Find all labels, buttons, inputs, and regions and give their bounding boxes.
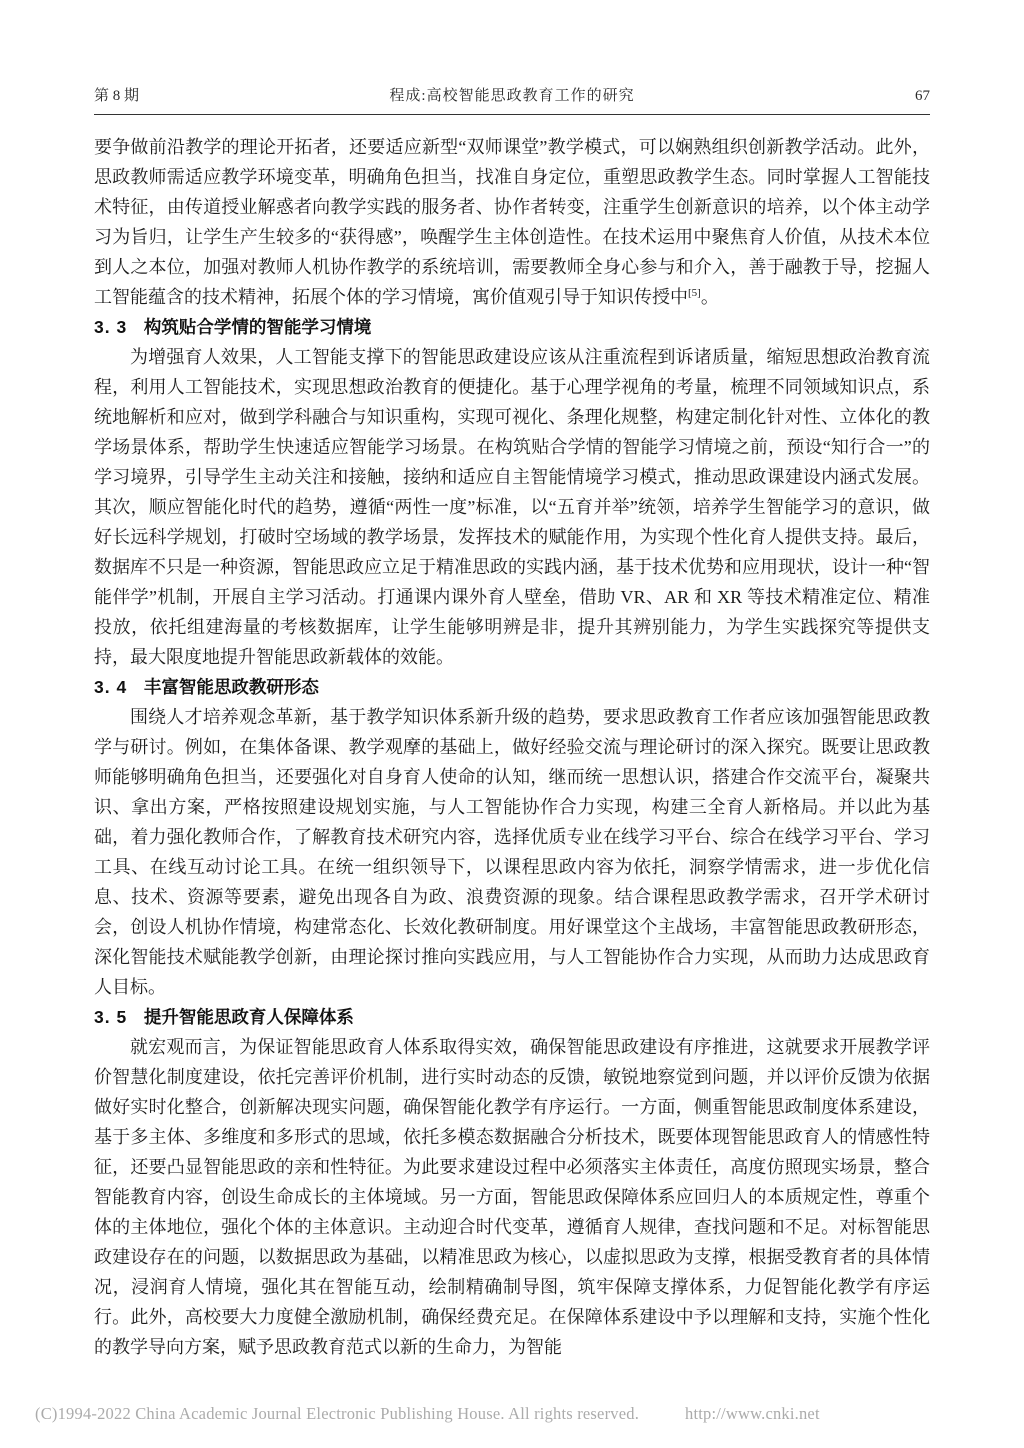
copyright-notice: (C)1994-2022 China Academic Journal Elec… bbox=[35, 1404, 639, 1424]
cnki-url: http://www.cnki.net bbox=[685, 1404, 820, 1424]
section-number: 3. 4 bbox=[94, 677, 127, 697]
section-title: 丰富智能思政教研形态 bbox=[144, 677, 319, 697]
section-number: 3. 5 bbox=[94, 1007, 127, 1027]
section-paragraph-3-3: 为增强育人效果，人工智能支撑下的智能思政建设应该从注重流程到诉诸质量，缩短思想政… bbox=[94, 342, 930, 672]
intro-paragraph: 要争做前沿教学的理论开拓者，还要适应新型“双师课堂”教学模式，可以娴熟组织创新教… bbox=[94, 132, 930, 312]
intro-paragraph-text: 要争做前沿教学的理论开拓者，还要适应新型“双师课堂”教学模式，可以娴熟组织创新教… bbox=[94, 137, 930, 307]
page-number: 67 bbox=[810, 88, 930, 105]
journal-page: 第 8 期 程成:高校智能思政教育工作的研究 67 要争做前沿教学的理论开拓者，… bbox=[0, 0, 1024, 1448]
article-body: 要争做前沿教学的理论开拓者，还要适应新型“双师课堂”教学模式，可以娴熟组织创新教… bbox=[0, 115, 1024, 1362]
running-title: 程成:高校智能思政教育工作的研究 bbox=[214, 84, 810, 105]
section-title: 构筑贴合学情的智能学习情境 bbox=[144, 317, 372, 337]
section-number: 3. 3 bbox=[94, 317, 127, 337]
section-heading-3-5: 3. 5提升智能思政育人保障体系 bbox=[94, 1002, 930, 1032]
page-footer: (C)1994-2022 China Academic Journal Elec… bbox=[35, 1404, 989, 1424]
section-title: 提升智能思政育人保障体系 bbox=[144, 1007, 354, 1027]
page-header: 第 8 期 程成:高校智能思政教育工作的研究 67 bbox=[0, 0, 1024, 105]
section-paragraph-3-4: 围绕人才培养观念革新，基于教学知识体系新升级的趋势，要求思政教育工作者应该加强智… bbox=[94, 702, 930, 1002]
citation-ref: [5] bbox=[688, 287, 701, 299]
issue-label: 第 8 期 bbox=[94, 84, 214, 105]
intro-paragraph-closing: 。 bbox=[701, 287, 719, 307]
section-paragraph-3-5: 就宏观而言，为保证智能思政育人体系取得实效，确保智能思政建设有序推进，这就要求开… bbox=[94, 1032, 930, 1362]
section-heading-3-3: 3. 3构筑贴合学情的智能学习情境 bbox=[94, 312, 930, 342]
section-heading-3-4: 3. 4丰富智能思政教研形态 bbox=[94, 672, 930, 702]
